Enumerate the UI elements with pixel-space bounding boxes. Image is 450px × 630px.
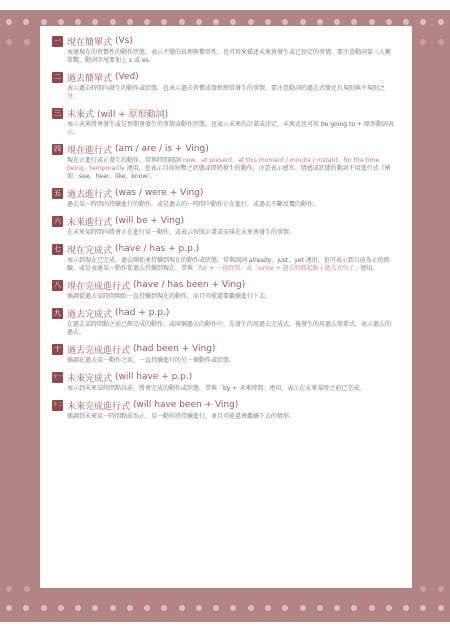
section-formula: (had been + Ving) bbox=[133, 344, 215, 354]
bottom-dot-strip bbox=[0, 602, 450, 614]
side-dots bbox=[6, 36, 30, 45]
tense-section-present-perfect: 七 現在完成式 (have / has + p.p.) 表示到現在已完成，過去開… bbox=[52, 242, 400, 273]
numeral-badge-icon: 五 bbox=[52, 188, 63, 199]
section-formula: (will have + p.p.) bbox=[115, 372, 192, 382]
content-card: 一 現在簡單式 (Vs) 表達現在的習慣性的動作狀態，表示不變的真理與慣常性，也… bbox=[40, 26, 412, 588]
section-formula: (have / has + p.p.) bbox=[115, 244, 199, 254]
section-title: 現在完成式 bbox=[67, 243, 112, 256]
section-formula: (Ved) bbox=[115, 72, 139, 82]
tense-section-past-perfect: 九 過去完成式 (had + p.p.) 在過去某時間點之前已經完成的動作，或兩… bbox=[52, 306, 400, 337]
tense-section-present-perfect-progressive: 八 現在完成進行式 (have / has been + Ving) 強調從過去… bbox=[52, 278, 400, 301]
section-formula: (Vs) bbox=[115, 36, 133, 46]
section-formula: (am / are / is + Ving) bbox=[115, 144, 209, 154]
numeral-badge-icon: 八 bbox=[52, 280, 63, 291]
section-body: 強調從過去某時間開始一直持續到現在的動作，而且可能還要繼續進行下去。 bbox=[52, 293, 400, 301]
section-body: 現在正進行或正發生的動作，常與時間副詞 now、at present、at th… bbox=[52, 157, 400, 181]
section-title: 現在完成進行式 bbox=[67, 279, 130, 292]
section-body: 強調到未來某一時間點前為止，某一動作將持續進行，並且可能還會繼續下去的情形。 bbox=[52, 413, 400, 421]
section-body: 強調在過去某一動作之前，一直持續進行的另一個動作或狀態。 bbox=[52, 357, 400, 365]
body-text: 現在正進行或正發生的動作，常與時間副詞 bbox=[67, 157, 181, 164]
section-body: 在未來某時間內將會正在進行某一動作，或表示按照計畫或安排在未來會發生的事情。 bbox=[52, 229, 400, 237]
tense-section-future-perfect: 十一 未來完成式 (will have + p.p.) 表示到未來某時間點以前，… bbox=[52, 370, 400, 393]
tense-section-future-simple: 三 未來式 (will + 原形動詞) 表示未來將會發生或是預期會發生的事情或動… bbox=[52, 106, 400, 137]
side-dots bbox=[420, 36, 444, 45]
section-body: 表達現在的習慣性的動作狀態，表示不變的真理與慣常性，也可用來描述未來會發生或已預… bbox=[52, 49, 400, 65]
tense-section-present-progressive: 四 現在進行式 (am / are / is + Ving) 現在正進行或正發生… bbox=[52, 142, 400, 181]
numeral-badge-icon: 九 bbox=[52, 308, 63, 319]
section-title: 未來完成式 bbox=[67, 371, 112, 384]
numeral-badge-icon: 十 bbox=[52, 344, 63, 355]
tense-section-future-perfect-progressive: 十二 未來完成進行式 (will have been + Ving) 強調到未來… bbox=[52, 398, 400, 421]
tense-section-past-perfect-progressive: 十 過去完成進行式 (had been + Ving) 強調在過去某一動作之前，… bbox=[52, 342, 400, 365]
section-formula: (will + 原形動詞) bbox=[97, 107, 168, 120]
tense-section-future-progressive: 六 未來進行式 (will be + Ving) 在未來某時間內將會正在進行某一… bbox=[52, 214, 400, 237]
tense-section-present-simple: 一 現在簡單式 (Vs) 表達現在的習慣性的動作狀態，表示不變的真理與慣常性，也… bbox=[52, 34, 400, 65]
numeral-badge-icon: 四 bbox=[52, 144, 63, 155]
section-body: 表示到現在已完成，過去開始並持續到現在的動作或狀態，常與副詞 already、j… bbox=[52, 257, 400, 273]
section-body: 表示未來將會發生或是預期會發生的事情或動作狀態，也表示未來的計畫或決定，未來式也… bbox=[52, 121, 400, 137]
side-dots bbox=[6, 583, 30, 592]
numeral-badge-icon: 一 bbox=[52, 36, 63, 47]
tense-section-past-progressive: 五 過去進行式 (was / were + Ving) 過去某一時間內持續進行的… bbox=[52, 186, 400, 209]
section-title: 過去完成式 bbox=[67, 307, 112, 320]
body-text: 連用。 bbox=[360, 265, 378, 272]
section-body: 表示過去時間內發生的動作或狀態，也表示過去習慣或曾經經常發生的事情，要注意動詞的… bbox=[52, 85, 400, 101]
section-formula: (will be + Ving) bbox=[115, 216, 184, 226]
numeral-badge-icon: 十一 bbox=[52, 372, 63, 383]
section-title: 未來式 bbox=[67, 107, 94, 120]
side-dots bbox=[420, 583, 444, 592]
section-body: 表示到未來某時間點以前，將會完成的動作或狀態，常與「by + 未來時間」連用，表… bbox=[52, 385, 400, 393]
numeral-badge-icon: 二 bbox=[52, 72, 63, 83]
section-body: 在過去某時間點之前已經完成的動作，或兩個過去的動作中，先發生的用過去完成式，後發… bbox=[52, 321, 400, 337]
section-formula: (was / were + Ving) bbox=[115, 188, 203, 198]
section-formula: (have / has been + Ving) bbox=[133, 280, 245, 290]
section-title: 過去簡單式 bbox=[67, 71, 112, 84]
section-title: 現在簡單式 bbox=[67, 35, 112, 48]
section-title: 過去完成進行式 bbox=[67, 343, 130, 356]
tense-section-past-simple: 二 過去簡單式 (Ved) 表示過去時間內發生的動作或狀態，也表示過去習慣或曾經… bbox=[52, 70, 400, 101]
numeral-badge-icon: 十二 bbox=[52, 400, 63, 411]
section-title: 未來完成進行式 bbox=[67, 399, 130, 412]
highlighted-phrase: 「for + 一段時間」或「since + 過去時間起點 / 過去式句子」 bbox=[193, 265, 360, 272]
numeral-badge-icon: 七 bbox=[52, 244, 63, 255]
section-body: 過去某一時間內持續進行的動作，或是過去的一時間中動作正在進行，或過去不斷反覆的動… bbox=[52, 201, 400, 209]
section-formula: (had + p.p.) bbox=[115, 308, 169, 318]
section-title: 未來進行式 bbox=[67, 215, 112, 228]
section-title: 現在進行式 bbox=[67, 143, 112, 156]
numeral-badge-icon: 三 bbox=[52, 108, 63, 119]
section-formula: (will have been + Ving) bbox=[133, 400, 238, 410]
section-title: 過去進行式 bbox=[67, 187, 112, 200]
numeral-badge-icon: 六 bbox=[52, 216, 63, 227]
